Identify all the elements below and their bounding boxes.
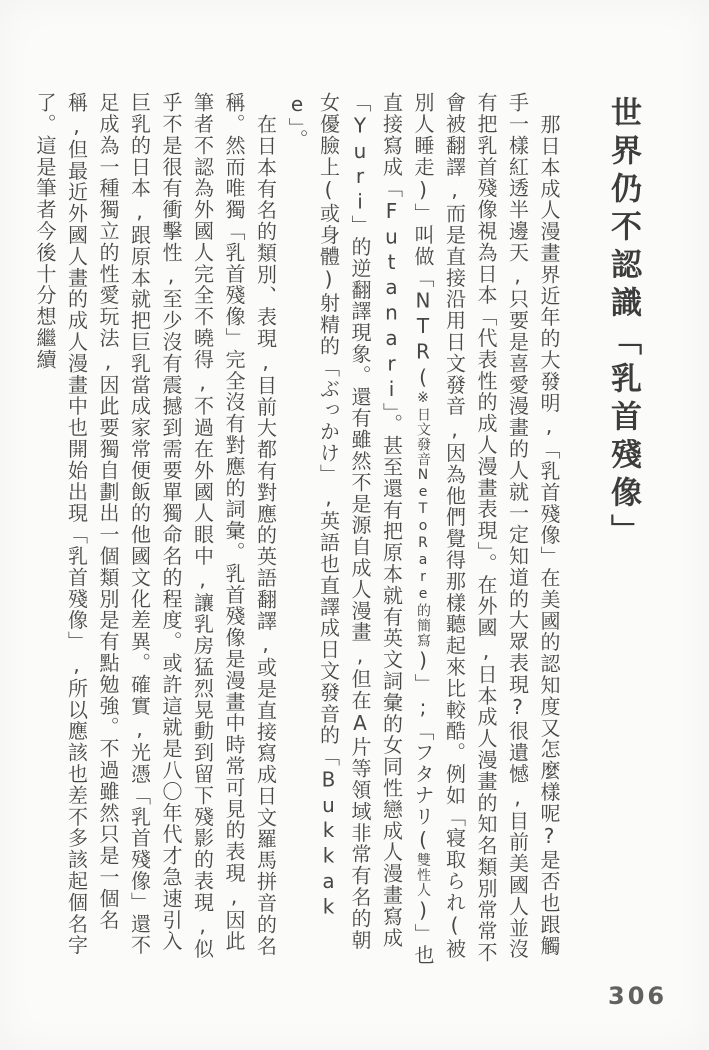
- paragraph-1-inline-note: ※日文發音NeToRare的簡寫: [415, 390, 431, 648]
- paragraph-1: 那日本成人漫畫界近年的大發明,「乳首殘像」在美國的認知度又怎麼樣呢?是否也跟觸手…: [281, 92, 565, 968]
- page-content: 世界仍不認識「乳首殘像」 那日本成人漫畫界近年的大發明,「乳首殘像」在美國的認知…: [29, 92, 649, 968]
- paragraph-1-inline-gloss: 雙性人: [415, 853, 431, 898]
- paragraph-2: 在日本有名的類別、表現,目前大都有對應的英語翻譯,或是直接寫成日文羅馬拼音的名稱…: [29, 92, 281, 968]
- page-number: 306: [608, 982, 667, 1010]
- article-title: 世界仍不認識「乳首殘像」: [598, 96, 648, 968]
- book-page: 世界仍不認識「乳首殘像」 那日本成人漫畫界近年的大發明,「乳首殘像」在美國的認知…: [0, 0, 709, 1050]
- paragraph-1-text-b: )」;「フタナリ(: [411, 648, 435, 853]
